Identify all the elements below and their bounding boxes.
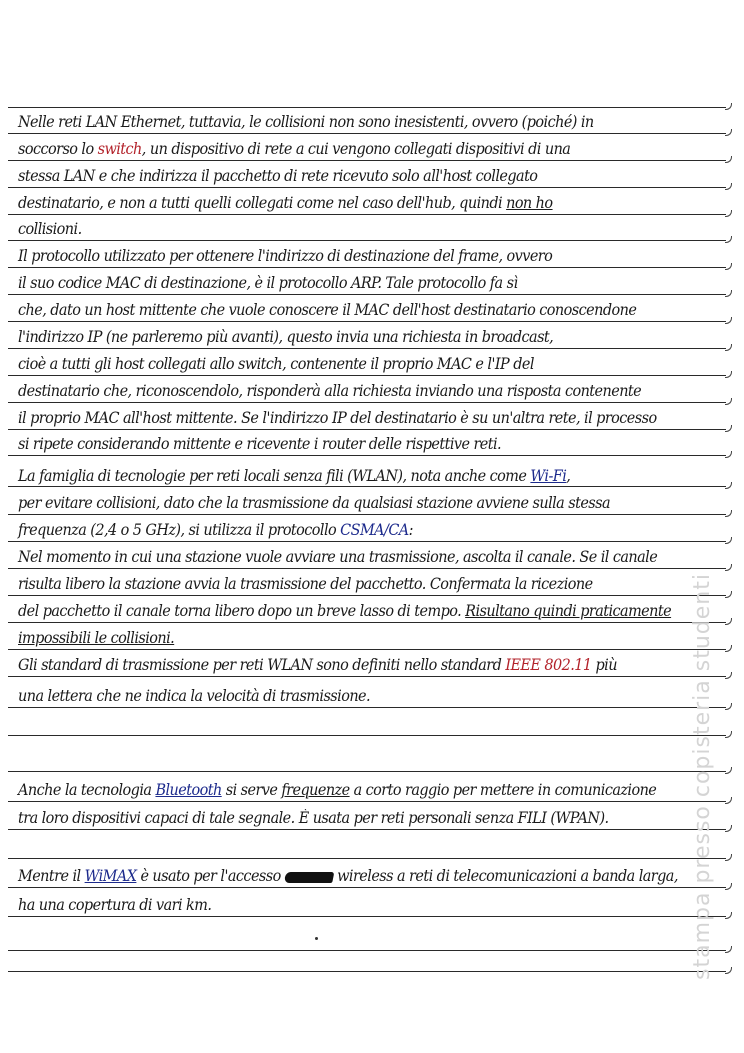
rule-line xyxy=(8,801,726,802)
rule-line xyxy=(8,707,726,708)
text-line: Gli standard di trasmissione per reti WL… xyxy=(18,656,678,674)
text-line: soccorso lo switch, un dispositivo di re… xyxy=(18,140,678,158)
text-line: destinatario, e non a tutti quelli colle… xyxy=(18,194,678,212)
text-line: stessa LAN e che indirizza il pacchetto … xyxy=(18,167,678,185)
text-line: il suo codice MAC di destinazione, è il … xyxy=(18,274,678,292)
rule-line xyxy=(8,514,726,515)
rule-line xyxy=(8,160,726,161)
text-line: una lettera che ne indica la velocità di… xyxy=(18,687,678,705)
rule-line xyxy=(8,622,726,623)
text-line: Nel momento in cui una stazione vuole av… xyxy=(18,548,678,566)
rule-line xyxy=(8,568,726,569)
rule-line xyxy=(8,595,726,596)
rule-line xyxy=(8,887,726,888)
text-line: Mentre il WiMAX è usato per l'accesso wi… xyxy=(18,867,678,885)
highlighted-term: frequenze xyxy=(281,781,349,799)
rule-line xyxy=(8,829,726,830)
text-line: Anche la tecnologia Bluetooth si serve f… xyxy=(18,781,678,799)
rule-line xyxy=(8,735,726,736)
redacted-scribble xyxy=(284,872,335,883)
rule-line xyxy=(8,267,726,268)
text-line: destinatario che, riconoscendolo, rispon… xyxy=(18,382,678,400)
highlighted-term: Bluetooth xyxy=(155,781,221,799)
text-line: per evitare collisioni, dato che la tras… xyxy=(18,494,678,512)
highlighted-term: WiMAX xyxy=(85,867,137,885)
text-line: che, dato un host mittente che vuole con… xyxy=(18,301,678,319)
highlighted-term: switch xyxy=(98,140,142,158)
rule-line xyxy=(8,348,726,349)
text-line: ha una copertura di vari km. xyxy=(18,896,678,914)
rule-line xyxy=(8,402,726,403)
rule-line xyxy=(8,240,726,241)
rule-line xyxy=(8,133,726,134)
rule-line xyxy=(8,858,726,859)
rule-line xyxy=(8,321,726,322)
watermark: stampa presso copisteria studenti xyxy=(690,573,715,980)
rule-line xyxy=(8,107,726,108)
rule-line xyxy=(8,187,726,188)
rule-line xyxy=(8,950,726,951)
highlighted-term: CSMA/CA xyxy=(340,521,408,539)
text-line: frequenza (2,4 o 5 GHz), si utilizza il … xyxy=(18,521,678,539)
highlighted-term: IEEE 802.11 xyxy=(505,656,591,674)
text-line: tra loro dispositivi capaci di tale segn… xyxy=(18,809,678,827)
highlighted-term: Wi-Fi xyxy=(530,467,566,485)
rule-line xyxy=(8,486,726,487)
text-line: impossibili le collisioni. xyxy=(18,629,678,647)
text-line: risulta libero la stazione avvia la tras… xyxy=(18,575,678,593)
text-line: Nelle reti LAN Ethernet, tuttavia, le co… xyxy=(18,113,678,131)
rule-line xyxy=(8,649,726,650)
rule-line xyxy=(8,429,726,430)
rule-line xyxy=(8,676,726,677)
rule-line xyxy=(8,771,726,772)
rule-line xyxy=(8,375,726,376)
notebook-page: Nelle reti LAN Ethernet, tuttavia, le co… xyxy=(0,0,744,1053)
ink-dot xyxy=(315,937,318,940)
rule-line xyxy=(8,294,726,295)
rule-line xyxy=(8,971,726,972)
highlighted-term: impossibili le collisioni. xyxy=(18,629,174,647)
text-line: l'indirizzo IP (ne parleremo più avanti)… xyxy=(18,328,678,346)
highlighted-term: Risultano quindi praticamente xyxy=(465,602,671,620)
rule-line xyxy=(8,916,726,917)
rule-line xyxy=(8,455,726,456)
text-line: collisioni. xyxy=(18,220,678,238)
text-line: La famiglia di tecnologie per reti local… xyxy=(18,467,678,485)
highlighted-term: non ho xyxy=(506,194,552,212)
text-line: del pacchetto il canale torna libero dop… xyxy=(18,602,678,620)
text-line: cioè a tutti gli host collegati allo swi… xyxy=(18,355,678,373)
text-line: il proprio MAC all'host mittente. Se l'i… xyxy=(18,409,678,427)
rule-line xyxy=(8,541,726,542)
text-line: si ripete considerando mittente e riceve… xyxy=(18,435,678,453)
rule-line xyxy=(8,214,726,215)
text-line: Il protocollo utilizzato per ottenere l'… xyxy=(18,247,678,265)
